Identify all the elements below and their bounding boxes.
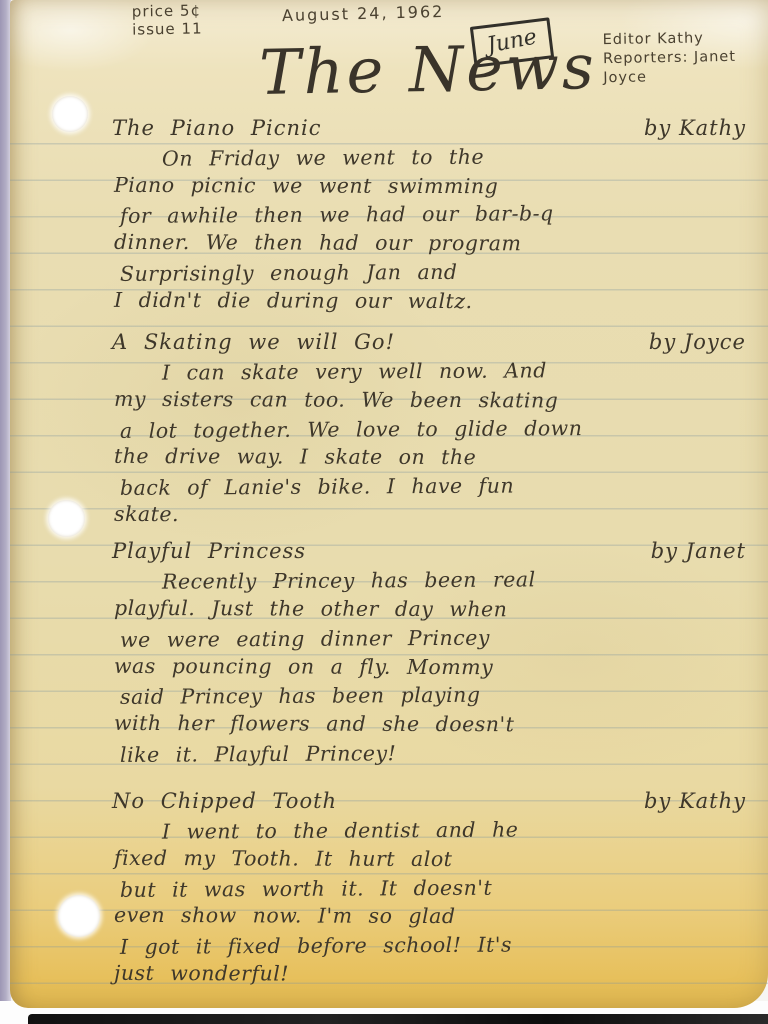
article-line: On Friday we went to the — [120, 141, 752, 174]
article-body: On Friday we went to the Piano picnic we… — [112, 143, 752, 315]
hole-punch-top — [52, 96, 88, 132]
article-line: I got it fixed before school! It's — [120, 929, 752, 962]
article-line: my sisters can too. We been skating — [114, 385, 752, 416]
article-header: The Piano Picnic by Kathy — [112, 114, 752, 143]
article-line: just wonderful! — [114, 959, 752, 990]
article-line: playful. Just the other day when — [114, 594, 752, 625]
article-piano-picnic: The Piano Picnic by Kathy On Friday we w… — [112, 114, 752, 315]
article-skating: A Skating we will Go! by Joyce I can ska… — [112, 328, 752, 529]
staff-reporters: Reporters: Janet — [603, 48, 736, 69]
article-header: Playful Princess by Janet — [112, 537, 752, 566]
staff-reporter-2: Joyce — [603, 67, 736, 88]
article-line: was pouncing on a fly. Mommy — [114, 651, 752, 682]
newspaper-title: The News — [237, 27, 618, 114]
article-header: No Chipped Tooth by Kathy — [112, 787, 752, 816]
article-line: with her flowers and she doesn't — [114, 709, 752, 740]
hole-punch-bottom — [58, 895, 100, 937]
article-title: Playful Princess — [112, 537, 306, 566]
article-title: A Skating we will Go! — [112, 328, 395, 357]
article-byline: by Janet — [651, 537, 746, 566]
article-body: Recently Princey has been real playful. … — [112, 566, 752, 767]
staff-editor: Editor Kathy — [603, 29, 736, 50]
article-line: Recently Princey has been real — [120, 565, 752, 598]
next-page-edge — [28, 1014, 768, 1024]
articles-column: The Piano Picnic by Kathy On Friday we w… — [112, 114, 752, 989]
masthead-price-issue: price 5¢ issue 11 — [132, 1, 203, 38]
article-line: a lot together. We love to glide down — [120, 413, 752, 446]
article-line: I went to the dentist and he — [120, 814, 752, 847]
issue-label: issue 11 — [132, 19, 203, 38]
article-line: but it was worth it. It doesn't — [120, 872, 752, 905]
article-header: A Skating we will Go! by Joyce — [112, 328, 752, 357]
article-body: I can skate very well now. And my sister… — [112, 357, 752, 529]
article-byline: by Kathy — [644, 114, 746, 143]
article-playful-princess: Playful Princess by Janet Recently Princ… — [112, 537, 752, 767]
article-title: No Chipped Tooth — [112, 787, 337, 816]
hole-punch-middle — [48, 500, 85, 537]
article-line: Surprisingly enough Jan and — [120, 256, 752, 289]
article-line: even show now. I'm so glad — [114, 901, 752, 932]
article-line: for awhile then we had our bar-b-q — [120, 198, 752, 231]
article-line: skate. — [114, 500, 752, 531]
price-label: price 5¢ — [132, 1, 203, 20]
article-line: Piano picnic we went swimming — [114, 171, 752, 202]
article-line: we were eating dinner Princey — [120, 622, 752, 655]
article-byline: by Joyce — [649, 328, 746, 357]
article-line: I can skate very well now. And — [120, 355, 752, 388]
article-title: The Piano Picnic — [112, 114, 321, 143]
article-line: fixed my Tooth. It hurt alot — [114, 844, 752, 875]
article-no-chipped-tooth: No Chipped Tooth by Kathy I went to the … — [112, 787, 752, 988]
article-line: like it. Playful Princey! — [120, 737, 752, 770]
article-line: dinner. We then had our program — [114, 228, 752, 259]
article-line: said Princey has been playing — [120, 679, 752, 712]
article-line: the drive way. I skate on the — [114, 442, 752, 473]
masthead-staff: Editor Kathy Reporters: Janet Joyce — [603, 29, 737, 88]
article-byline: by Kathy — [644, 787, 746, 816]
article-line: I didn't die during our waltz. — [114, 285, 752, 316]
article-line: back of Lanie's bike. I have fun — [120, 470, 752, 503]
article-body: I went to the dentist and he fixed my To… — [112, 816, 752, 988]
